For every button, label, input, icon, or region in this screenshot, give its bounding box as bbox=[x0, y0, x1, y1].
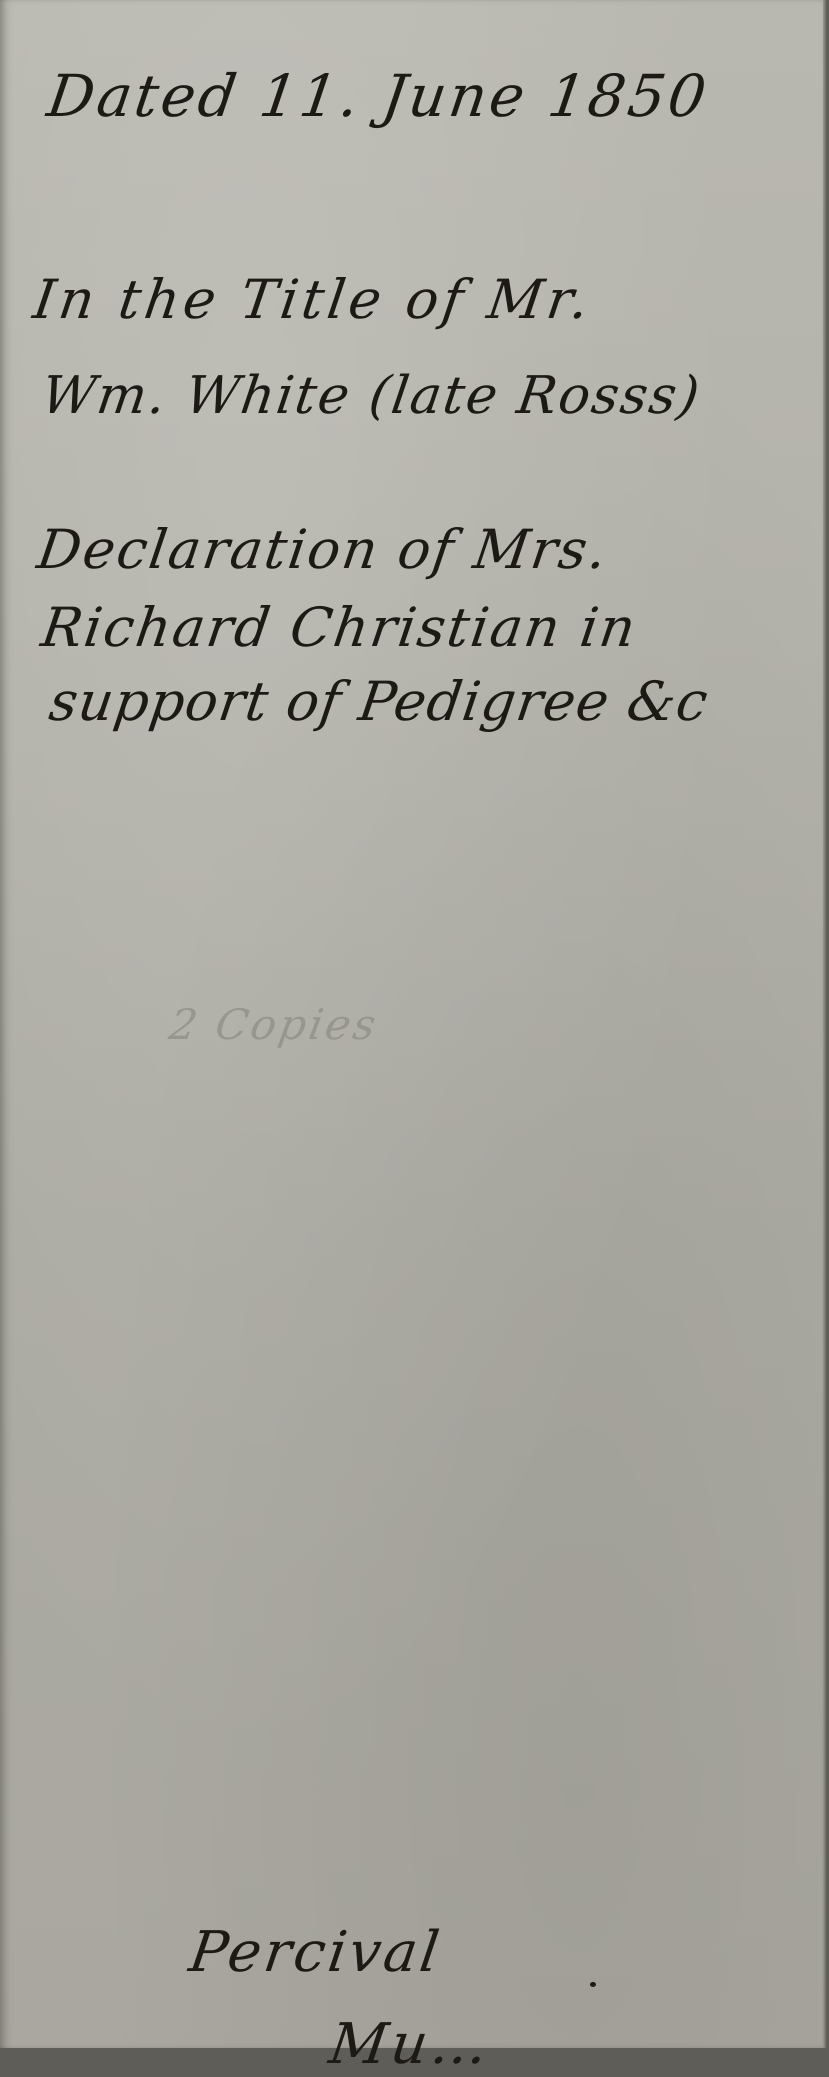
declaration-line-2: Richard Christian in bbox=[38, 596, 642, 659]
signature-second-line: Mu… bbox=[325, 2012, 496, 2048]
document-page: Dated 11. June 1850 In the Title of Mr. … bbox=[0, 0, 826, 2048]
signature-dot bbox=[590, 1982, 596, 1987]
paper-edge-shadow bbox=[823, 0, 826, 2048]
signature-name: Percival bbox=[185, 1920, 445, 1985]
declaration-line-3: support of Pedigree &c bbox=[46, 670, 713, 733]
pencil-note: 2 Copies bbox=[166, 1000, 383, 1049]
date-line: Dated 11. June 1850 bbox=[43, 62, 713, 130]
title-line-2: Wm. White (late Rosss) bbox=[38, 366, 705, 426]
declaration-line-1: Declaration of Mrs. bbox=[34, 518, 613, 581]
title-line-1: In the Title of Mr. bbox=[30, 268, 597, 331]
